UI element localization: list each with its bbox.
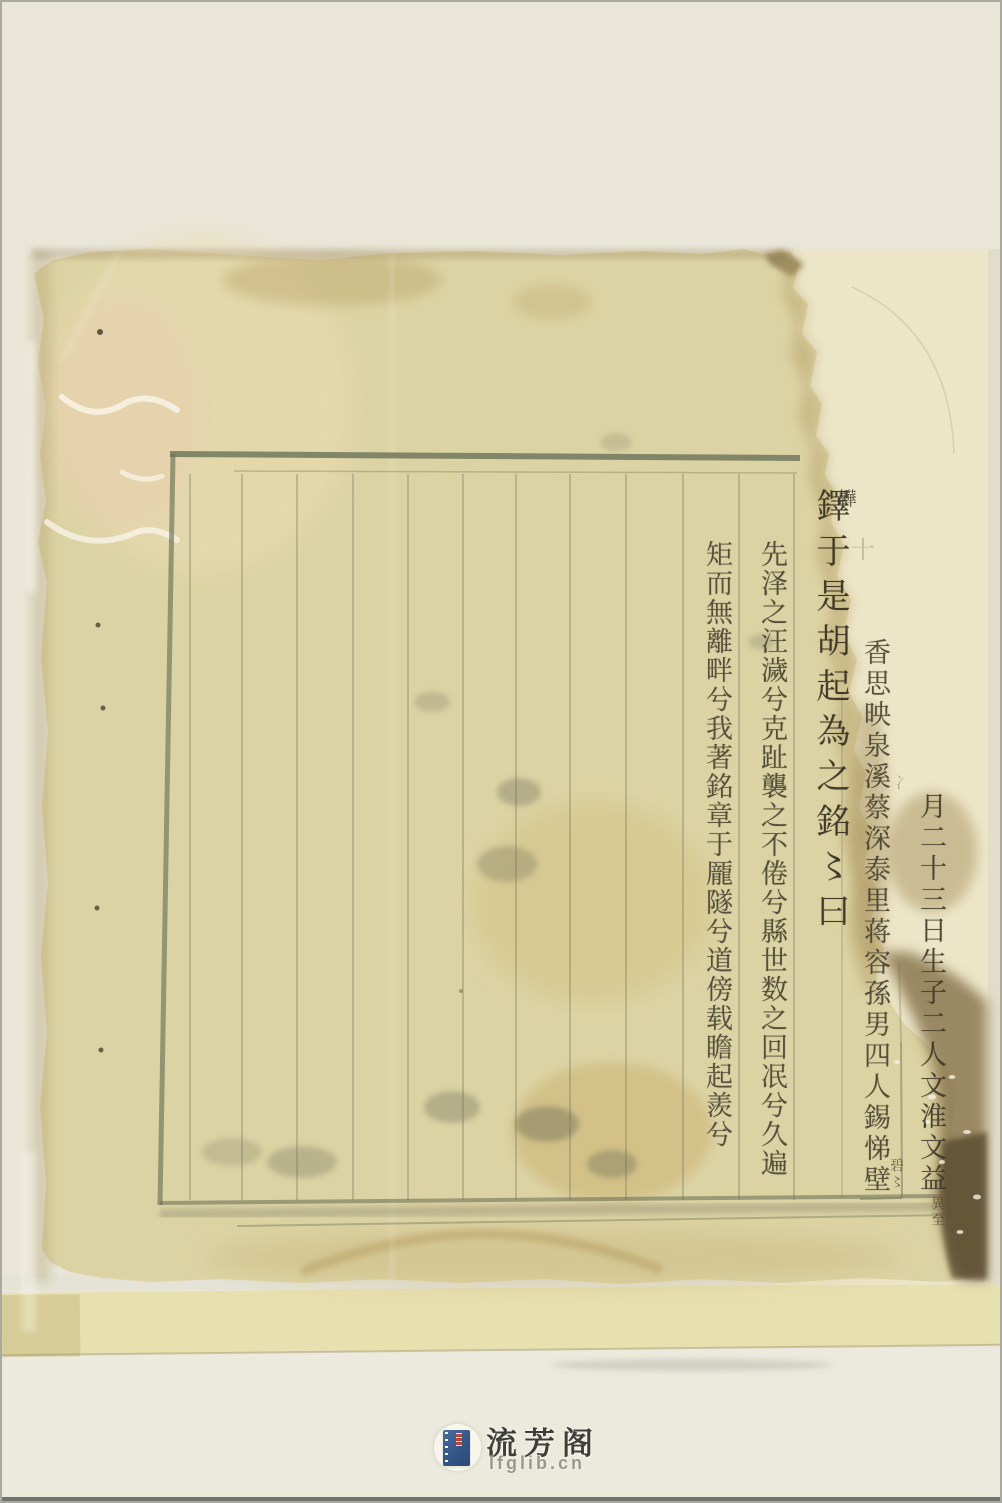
manuscript-column-verse-1: 先泽之汪濊兮克趾襲之不倦兮縣世数之回冺兮久遍 — [752, 540, 791, 1178]
manuscript-column-verse-2: 矩而無離畔兮我著銘章于龎隧兮道傍载瞻起羨兮 — [697, 540, 736, 1149]
manuscript-column-inscription: 鐸于是胡起為之銘〻曰 — [806, 488, 855, 938]
small-note-annotation-1: 碧〻 — [886, 1158, 906, 1190]
small-note-annotation-2: 異至 — [927, 1196, 947, 1228]
faint-partial-character: 十 — [851, 530, 875, 565]
manuscript-scan-page: 鐸于是胡起為之銘〻曰 先泽之汪濊兮克趾襲之不倦兮縣世数之回冺兮久遍 矩而無離畔兮… — [0, 0, 1002, 1503]
manuscript-column-record-2: 月二十三日生子二人文淮文益 — [911, 792, 950, 1195]
tape-band — [2, 1283, 1002, 1358]
faint-ink-curl: 冫 — [895, 770, 911, 793]
manuscript-column-record-1: 香思映泉溪蔡深泰里蒋容孫男四人錫悌壁 — [855, 638, 894, 1196]
correction-annotation: 韡 — [838, 484, 857, 511]
